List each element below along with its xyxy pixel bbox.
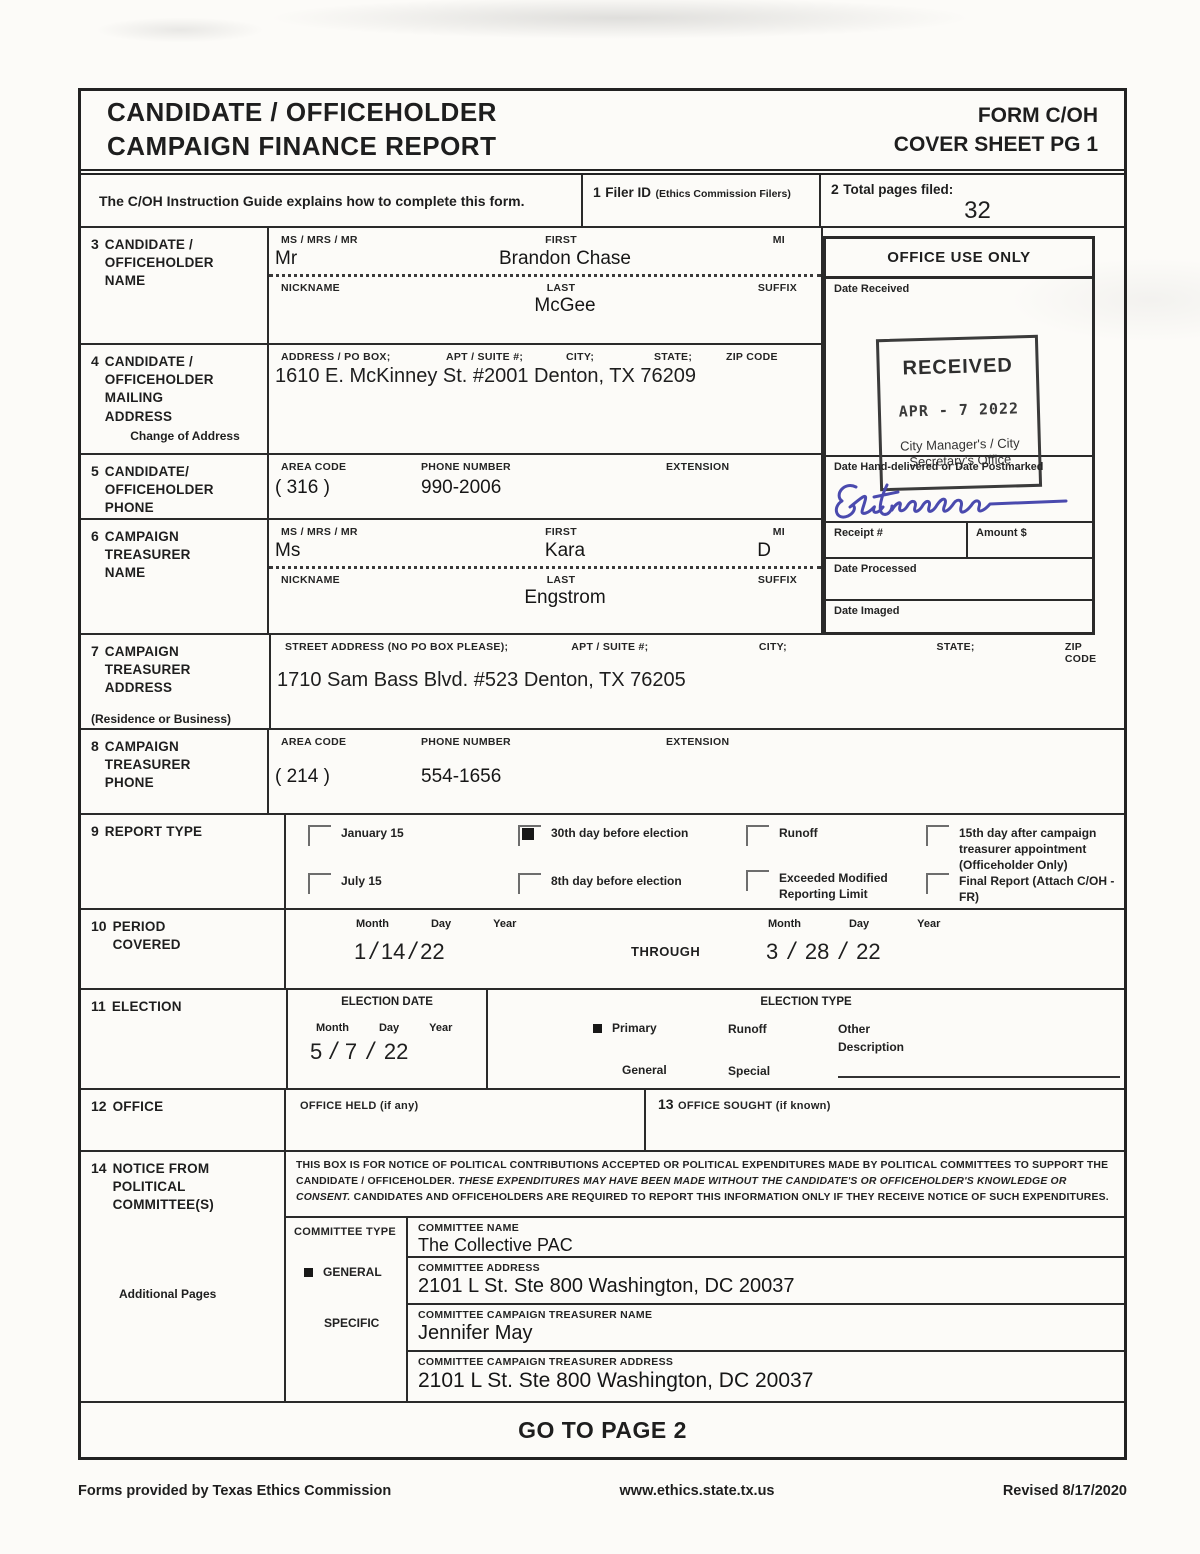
section3-label: 3 CANDIDATE / OFFICEHOLDER NAME (81, 228, 269, 343)
date-processed-section: Date Processed (826, 559, 1092, 601)
received-stamp-title: RECEIVED (879, 354, 1036, 381)
street-address-label: STREET ADDRESS (NO PO BOX PLEASE); (285, 641, 571, 665)
form-title: CANDIDATE / OFFICEHOLDER CAMPAIGN FINANC… (107, 96, 497, 164)
section7-label: 7 CAMPAIGN TREASURER ADDRESS (Residence … (81, 635, 269, 728)
section12-13-row: 12 OFFICE OFFICE HELD (if any) 13 OFFICE… (81, 1090, 1124, 1152)
title-label: MS / MRS / MR (281, 234, 431, 246)
committee-name-cell: COMMITTEE NAME The Collective PAC (408, 1218, 1124, 1258)
committee-general-label: GENERAL (323, 1264, 382, 1280)
committee-type-specific: SPECIFIC (324, 1314, 379, 1332)
section6-row: 6 CAMPAIGN TREASURER NAME MS / MRS / MR … (81, 520, 823, 635)
page-footer: Forms provided by Texas Ethics Commissio… (78, 1483, 1127, 1499)
section10-label-text: PERIOD COVERED (113, 918, 181, 988)
extension-label: EXTENSION (666, 461, 729, 473)
committee-treasurer-address-cell: COMMITTEE CAMPAIGN TREASURER ADDRESS 210… (408, 1352, 1124, 1401)
primary-label: Primary (612, 1020, 657, 1036)
other-description-label: Other Description (838, 1022, 904, 1054)
change-of-address-label: Change of Address (130, 429, 240, 443)
goto-page2-row: GO TO PAGE 2 (81, 1403, 1124, 1457)
report-type-final-report: Final Report (Attach C/OH - FR) (926, 873, 1121, 905)
year-label: Year (917, 918, 940, 930)
section8-fields: AREA CODE PHONE NUMBER EXTENSION ( 214 )… (269, 730, 1124, 813)
section4-number: 4 (91, 353, 99, 453)
last-label: LAST (431, 282, 691, 294)
day-label: Day (379, 1022, 399, 1034)
candidate-title-value: Mr (275, 248, 425, 270)
period-from-month: 1 (354, 939, 366, 965)
section7-label-text: CAMPAIGN TREASURER ADDRESS (105, 643, 191, 700)
period-from-day: 14 (381, 939, 405, 965)
election-year-value: 22 (384, 1039, 408, 1065)
report-type-30th-day: 30th day before election (518, 825, 738, 844)
option-label: July 15 (341, 873, 382, 889)
committee-treasurer-name-label: COMMITTEE CAMPAIGN TREASURER NAME (408, 1305, 1124, 1321)
city-label: CITY; (566, 351, 654, 363)
section5-label: 5 CANDIDATE/ OFFICEHOLDER PHONE (81, 455, 269, 518)
section9-row: 9 REPORT TYPE January 15 30th day before… (81, 815, 1124, 910)
suffix-label: SUFFIX (691, 282, 813, 294)
section8-label-text: CAMPAIGN TREASURER PHONE (105, 738, 191, 813)
section7-sublabel: (Residence or Business) (91, 712, 231, 728)
slash-glyph: / (405, 938, 420, 966)
section6-label-text: CAMPAIGN TREASURER NAME (105, 528, 191, 633)
notice-paragraph: THIS BOX IS FOR NOTICE OF POLITICAL CONT… (286, 1152, 1124, 1206)
treasurer-last-value: Engstrom (425, 587, 705, 609)
general-label: General (622, 1062, 667, 1078)
form-title-line1: CANDIDATE / OFFICEHOLDER (107, 96, 497, 130)
additional-pages-label: Additional Pages (119, 1287, 216, 1301)
option-label: 30th day before election (551, 825, 688, 841)
section12-number: 12 (91, 1098, 107, 1114)
committee-type-cell: COMMITTEE TYPE GENERAL SPECIFIC (286, 1218, 408, 1401)
section5-fields: AREA CODE PHONE NUMBER EXTENSION ( 316 )… (269, 455, 821, 518)
day-label: Day (431, 918, 451, 930)
checkbox-15th-day (926, 825, 947, 844)
report-type-runoff: Runoff (746, 825, 906, 844)
section8-row: 8 CAMPAIGN TREASURER PHONE AREA CODE PHO… (81, 730, 1124, 815)
intro-row: The C/OH Instruction Guide explains how … (81, 175, 1124, 228)
form-code-line1: FORM C/OH (894, 101, 1098, 130)
checkbox-primary (593, 1024, 602, 1033)
committee-name-value: The Collective PAC (408, 1234, 1124, 1256)
electronic-signature (830, 473, 1070, 531)
section10-number: 10 (91, 918, 107, 988)
election-type-general: General (603, 1062, 667, 1078)
section14-number: 14 (91, 1160, 107, 1215)
report-type-january15: January 15 (308, 825, 518, 844)
hand-delivered-section: Date Hand-delivered or Date Postmarked (826, 457, 1092, 523)
notice-part3: CANDIDATES AND OFFICEHOLDERS ARE REQUIRE… (351, 1192, 1109, 1203)
office-held-cell: OFFICE HELD (if any) (286, 1090, 646, 1150)
date-received-section: Date Received RECEIVED APR - 7 2022 City… (826, 279, 1092, 457)
instruction-text: The C/OH Instruction Guide explains how … (99, 193, 524, 209)
treasurer-address-value: 1710 Sam Bass Blvd. #523 Denton, TX 7620… (271, 665, 1124, 692)
candidate-suffix-value (705, 295, 813, 317)
section11-row: 11 ELECTION ELECTION DATE Month Day Year… (81, 990, 1124, 1090)
checkbox-january15 (308, 825, 329, 844)
total-pages-value: 32 (831, 197, 1124, 225)
election-type-runoff: Runoff (728, 1020, 767, 1038)
runoff-label: Runoff (728, 1022, 767, 1036)
section14-label: 14 NOTICE FROM POLITICAL COMMITTEE(S) Ad… (81, 1152, 286, 1401)
section10-row: 10 PERIOD COVERED Month Day Year 1 / 14 … (81, 910, 1124, 990)
candidate-phone-value: 990-2006 (421, 477, 666, 499)
filer-id-cell: 1 Filer ID (Ethics Commission Filers) (583, 175, 821, 226)
section14-row: 14 NOTICE FROM POLITICAL COMMITTEE(S) Ad… (81, 1152, 1124, 1403)
committee-fields: COMMITTEE NAME The Collective PAC COMMIT… (408, 1218, 1124, 1401)
candidate-area-code-value: ( 316 ) (275, 477, 421, 499)
hand-delivered-label: Date Hand-delivered or Date Postmarked (826, 457, 1092, 473)
section13-number: 13 (658, 1096, 674, 1112)
filer-id-label: Filer ID (605, 185, 651, 200)
section7-fields: STREET ADDRESS (NO PO BOX PLEASE); APT /… (269, 635, 1124, 728)
treasurer-mi-value: D (705, 540, 813, 562)
checkbox-final-report (926, 873, 947, 892)
election-month-value: 5 (310, 1039, 322, 1065)
section8-label: 8 CAMPAIGN TREASURER PHONE (81, 730, 269, 813)
section3-number: 3 (91, 236, 99, 343)
filer-id-sublabel: (Ethics Commission Filers) (655, 188, 790, 200)
committee-specific-label: SPECIFIC (324, 1316, 379, 1330)
report-type-exceeded-limit: Exceeded Modified Reporting Limit (746, 870, 916, 902)
section4-row: 4 CANDIDATE / OFFICEHOLDER MAILING ADDRE… (81, 345, 823, 455)
scanned-campaign-finance-form: { "colors": { "ink": "#1e1e1e", "signatu… (0, 0, 1200, 1554)
section5-row: 5 CANDIDATE/ OFFICEHOLDER PHONE AREA COD… (81, 455, 823, 520)
section12-label: 12 OFFICE (81, 1090, 286, 1150)
title-label: MS / MRS / MR (281, 526, 431, 538)
total-pages-cell: 2 Total pages filed: 32 (821, 175, 1124, 226)
month-label: Month (768, 918, 801, 930)
election-type-cell: ELECTION TYPE Primary Runoff Other Descr… (488, 990, 1124, 1088)
special-label: Special (728, 1064, 770, 1078)
slash-glyph: / (366, 938, 381, 966)
notice-text-box: THIS BOX IS FOR NOTICE OF POLITICAL CONT… (286, 1152, 1124, 1218)
year-label: Year (429, 1022, 452, 1034)
treasurer-first-value: Kara (425, 540, 705, 562)
day-label: Day (849, 918, 869, 930)
report-type-15th-day: 15th day after campaign treasurer appoin… (926, 825, 1121, 874)
option-label: Runoff (779, 825, 818, 841)
phone-number-label: PHONE NUMBER (421, 736, 666, 748)
section10-label: 10 PERIOD COVERED (81, 910, 286, 988)
section11-label: 11 ELECTION (81, 990, 286, 1088)
committee-address-cell: COMMITTEE ADDRESS 2101 L St. Ste 800 Was… (408, 1258, 1124, 1305)
period-from-year: 22 (420, 939, 444, 965)
footer-provider: Forms provided by Texas Ethics Commissio… (78, 1483, 391, 1499)
checkbox-runoff (746, 825, 767, 844)
office-use-only-header: OFFICE USE ONLY (826, 239, 1092, 279)
apt-suite-label: APT / SUITE #; (571, 641, 759, 665)
zip-label: ZIP CODE (1065, 641, 1116, 665)
section7-number: 7 (91, 643, 99, 700)
form-page-border: CANDIDATE / OFFICEHOLDER CAMPAIGN FINANC… (78, 88, 1127, 1460)
state-label: STATE; (654, 351, 726, 363)
nickname-label: NICKNAME (281, 574, 431, 586)
section6-label: 6 CAMPAIGN TREASURER NAME (81, 520, 269, 633)
section8-number: 8 (91, 738, 99, 813)
committee-treasurer-name-cell: COMMITTEE CAMPAIGN TREASURER NAME Jennif… (408, 1305, 1124, 1352)
suffix-label: SUFFIX (691, 574, 813, 586)
area-code-label: AREA CODE (281, 736, 421, 748)
section12-label-text: OFFICE (113, 1098, 164, 1116)
report-type-8th-day: 8th day before election (518, 873, 738, 892)
committee-treasurer-address-label: COMMITTEE CAMPAIGN TREASURER ADDRESS (408, 1352, 1124, 1368)
candidate-nickname-value (275, 295, 425, 317)
last-label: LAST (431, 574, 691, 586)
period-to-month: 3 (766, 939, 778, 965)
section6-fields: MS / MRS / MR FIRST MI Ms Kara D NICKNAM… (269, 520, 821, 633)
election-date-cell: ELECTION DATE Month Day Year 5 / 7 / 22 (286, 990, 488, 1088)
address-pobox-label: ADDRESS / PO BOX; (281, 351, 446, 363)
election-type-other: Other Description (838, 1020, 904, 1056)
footer-url: www.ethics.state.tx.us (620, 1483, 775, 1499)
section9-number: 9 (91, 823, 99, 908)
option-label: 15th day after campaign treasurer appoin… (959, 825, 1096, 874)
slash-glyph: / (322, 1038, 345, 1066)
treasurer-suffix-value (705, 587, 813, 609)
committee-address-value: 2101 L St. Ste 800 Washington, DC 20037 (408, 1274, 1124, 1298)
slash-glyph: / (357, 1038, 384, 1066)
date-received-label: Date Received (826, 279, 1092, 295)
election-type-header: ELECTION TYPE (488, 990, 1124, 1008)
checkbox-30th-day (518, 825, 539, 844)
first-label: FIRST (431, 526, 691, 538)
candidate-mi-value (705, 248, 813, 270)
committee-type-general: GENERAL (304, 1264, 382, 1280)
section9-label: 9 REPORT TYPE (81, 815, 286, 908)
date-imaged-section: Date Imaged (826, 601, 1092, 635)
period-to-day: 28 (805, 939, 829, 965)
committee-type-header: COMMITTEE TYPE (286, 1218, 406, 1238)
year-label: Year (493, 918, 516, 930)
office-use-only-box: OFFICE USE ONLY Date Received RECEIVED A… (823, 236, 1095, 635)
extension-label: EXTENSION (666, 736, 729, 748)
slash-glyph: / (778, 938, 805, 966)
section3-label-text: CANDIDATE / OFFICEHOLDER NAME (105, 236, 214, 343)
form-code: FORM C/OH COVER SHEET PG 1 (894, 101, 1098, 160)
mi-label: MI (691, 234, 813, 246)
option-label: Exceeded Modified Reporting Limit (779, 870, 888, 902)
checkbox-exceeded-limit (746, 870, 767, 889)
form-code-line2: COVER SHEET PG 1 (894, 130, 1098, 159)
office-held-label: OFFICE HELD (if any) (300, 1100, 418, 1112)
month-label: Month (316, 1022, 349, 1034)
office-sought-label: OFFICE SOUGHT (if known) (678, 1100, 831, 1112)
treasurer-phone-value: 554-1656 (421, 766, 666, 788)
through-label: THROUGH (631, 944, 700, 959)
state-label: STATE; (937, 641, 1065, 665)
checkbox-8th-day (518, 873, 539, 892)
treasurer-title-value: Ms (275, 540, 425, 562)
committee-treasurer-address-value: 2101 L St. Ste 800 Washington, DC 20037 (408, 1368, 1124, 1393)
section10-fields: Month Day Year 1 / 14 / 22 THROUGH Month… (286, 910, 1124, 988)
candidate-address-value: 1610 E. McKinney St. #2001 Denton, TX 76… (269, 363, 821, 388)
change-of-address: Change of Address (105, 427, 265, 445)
section5-number: 5 (91, 463, 99, 518)
committee-treasurer-name-value: Jennifer May (408, 1321, 1124, 1345)
month-label: Month (356, 918, 389, 930)
form-title-bar: CANDIDATE / OFFICEHOLDER CAMPAIGN FINANC… (81, 91, 1124, 175)
election-date-header: ELECTION DATE (288, 990, 486, 1008)
election-type-primary: Primary (593, 1020, 657, 1036)
area-code-label: AREA CODE (281, 461, 421, 473)
date-imaged-label: Date Imaged (826, 601, 1092, 617)
election-day-value: 7 (345, 1039, 357, 1065)
committee-address-label: COMMITTEE ADDRESS (408, 1258, 1124, 1274)
phone-number-label: PHONE NUMBER (421, 461, 666, 473)
section11-number: 11 (91, 998, 106, 1088)
first-label: FIRST (431, 234, 691, 246)
section9-label-text: REPORT TYPE (105, 823, 202, 908)
apt-suite-label: APT / SUITE #; (446, 351, 566, 363)
section3-row: 3 CANDIDATE / OFFICEHOLDER NAME MS / MRS… (81, 228, 823, 345)
section14-label-text: NOTICE FROM POLITICAL COMMITTEE(S) (113, 1160, 214, 1215)
checkbox-july15 (308, 873, 329, 892)
date-processed-label: Date Processed (826, 559, 1092, 575)
footer-revised: Revised 8/17/2020 (1003, 1483, 1127, 1499)
election-type-special: Special (728, 1062, 770, 1080)
goto-page2-label: GO TO PAGE 2 (518, 1417, 687, 1444)
section5-label-text: CANDIDATE/ OFFICEHOLDER PHONE (105, 463, 214, 518)
total-pages-label: Total pages filed: (843, 182, 953, 197)
option-label: January 15 (341, 825, 404, 841)
candidate-first-value: Brandon Chase (425, 248, 705, 270)
total-pages-number: 2 (831, 181, 839, 197)
checkbox-committee-general (304, 1268, 313, 1277)
other-description-line (838, 1076, 1120, 1078)
received-stamp-date: APR - 7 2022 (881, 399, 1037, 421)
nickname-label: NICKNAME (281, 282, 431, 294)
section11-label-text: ELECTION (112, 998, 182, 1088)
mi-label: MI (691, 526, 813, 538)
zip-label: ZIP CODE (726, 351, 778, 363)
section4-fields: ADDRESS / PO BOX; APT / SUITE #; CITY; S… (269, 345, 821, 453)
city-label: CITY; (759, 641, 937, 665)
office-sought-cell: 13 OFFICE SOUGHT (if known) (646, 1090, 1124, 1150)
form-title-line2: CAMPAIGN FINANCE REPORT (107, 130, 497, 164)
report-type-july15: July 15 (308, 873, 518, 892)
section6-number: 6 (91, 528, 99, 633)
candidate-last-value: McGee (425, 295, 705, 317)
option-label: Final Report (Attach C/OH - FR) (959, 873, 1121, 905)
option-label: 8th day before election (551, 873, 682, 889)
committee-name-label: COMMITTEE NAME (408, 1218, 1124, 1234)
treasurer-area-code-value: ( 214 ) (275, 766, 421, 788)
filer-id-number: 1 (593, 184, 601, 200)
treasurer-nickname-value (275, 587, 425, 609)
section9-options: January 15 30th day before election Runo… (286, 815, 1124, 908)
section3-fields: MS / MRS / MR FIRST MI Mr Brandon Chase … (269, 228, 821, 343)
period-to-year: 22 (856, 939, 880, 965)
section7-row: 7 CAMPAIGN TREASURER ADDRESS (Residence … (81, 635, 1124, 730)
slash-glyph: / (829, 938, 856, 966)
instruction-cell: The C/OH Instruction Guide explains how … (81, 175, 583, 226)
